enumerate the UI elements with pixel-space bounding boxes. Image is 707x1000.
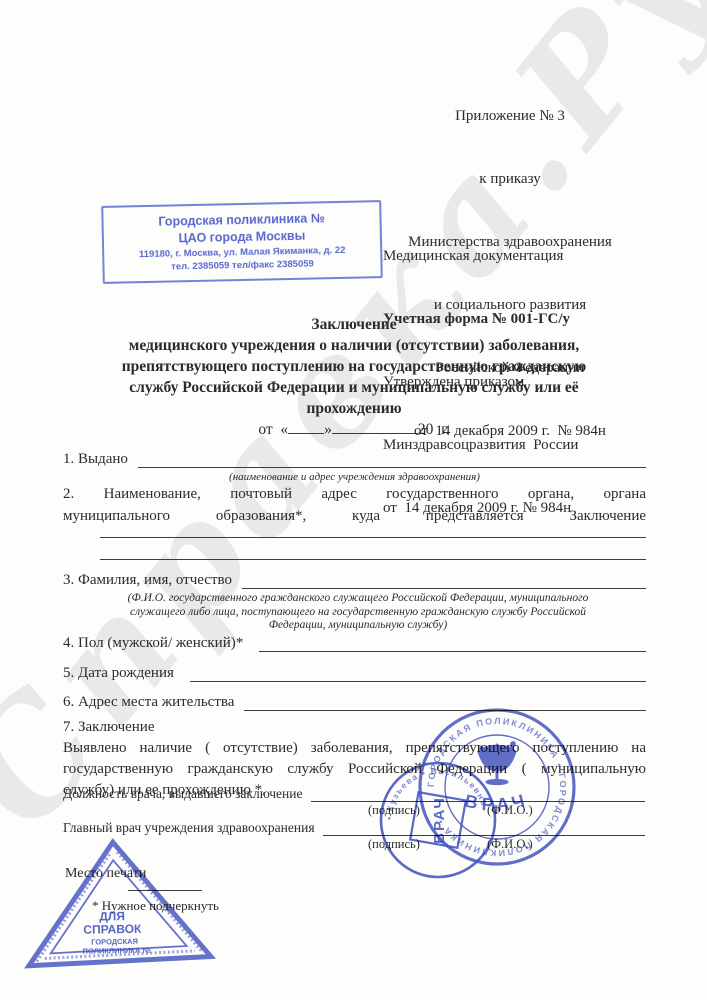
- document-title: Заключение медицинского учреждения о нал…: [60, 314, 648, 419]
- date-line: от «»20 г.: [60, 419, 648, 439]
- field-issued-by-label: 1. Выдано: [63, 451, 128, 468]
- title-line: медицинского учреждения о наличии (отсут…: [60, 335, 648, 356]
- bowl-of-hygieia-icon: [478, 742, 516, 785]
- title-line: препятствующего поступлению на государст…: [60, 356, 648, 377]
- date-month-blank: [332, 419, 418, 434]
- signature-head-doctor-label: Главный врач учреждения здравоохранения: [63, 820, 315, 836]
- field-address-label: 6. Адрес места жительства: [63, 694, 234, 711]
- field-full-name: 3. Фамилия, имя, отчество: [63, 571, 646, 589]
- field-conclusion-label: 7. Заключение: [63, 719, 155, 736]
- title-line: Заключение: [60, 314, 648, 335]
- date-suffix: 20 г.: [418, 421, 450, 438]
- field-sex: 4. Пол (мужской/ женский)*: [63, 634, 646, 652]
- field-full-name-hint: (Ф.И.О. государственного гражданского сл…: [78, 592, 638, 633]
- round-doctor-stamps: ГОРОДСКАЯ ПОЛИКЛИНИКА • ГОРОДСКАЯ ПОЛИКЛ…: [372, 700, 612, 890]
- hint-line: Федерации, муниципальную службу): [78, 619, 638, 633]
- clinic-rect-stamp: Городская поликлиника № ЦАО города Москв…: [101, 200, 383, 284]
- field-issued-by-blank: [138, 450, 646, 468]
- title-line: службу Российской Федерации и муниципаль…: [60, 377, 648, 398]
- field-org-blank-line2: [100, 559, 646, 560]
- field-org-name-line2: муниципального образования*, куда предст…: [63, 508, 646, 525]
- field-birthdate: 5. Дата рождения: [63, 664, 646, 682]
- field-issued-by-hint: (наименование и адрес учреждения здравоо…: [63, 471, 646, 485]
- date-prefix: от «: [258, 421, 288, 438]
- field-org-blank-line1: [100, 537, 646, 538]
- triangle-stamp-line4: ПОЛИКЛИНИКА №: [83, 946, 151, 956]
- field-birthdate-label: 5. Дата рождения: [63, 665, 174, 682]
- scanned-medical-form: Справка.Ру Приложение № 3 к приказу Мини…: [0, 0, 707, 1000]
- doc-info-line: Медицинская документация: [383, 246, 693, 267]
- field-full-name-label: 3. Фамилия, имя, отчество: [63, 572, 232, 589]
- title-line: прохождению: [60, 398, 648, 419]
- round-stamp-small-center-text: ВРАЧ: [431, 796, 448, 844]
- triangle-stamp-line2: СПРАВОК: [83, 922, 142, 937]
- hint-line: служащего либо лица, поступающего на гос…: [78, 606, 638, 620]
- hint-line: (Ф.И.О. государственного гражданского сл…: [78, 592, 638, 606]
- triangle-stamp: ДЛЯ СПРАВОК ГОРОДСКАЯ ПОЛИКЛИНИКА №: [21, 836, 233, 985]
- field-org-name-line1: 2. Наименование, почтовый адрес государс…: [63, 486, 646, 503]
- field-sex-label: 4. Пол (мужской/ женский)*: [63, 635, 243, 652]
- field-full-name-blank: [242, 571, 646, 589]
- appendix-line: к приказу: [345, 169, 675, 190]
- field-issued-by: 1. Выдано: [63, 450, 646, 468]
- field-birthdate-blank: [190, 664, 646, 682]
- date-day-blank: [288, 419, 324, 434]
- field-sex-blank: [259, 634, 646, 652]
- signature-doctor-label: Должность врача, выдавшего заключение: [63, 786, 303, 802]
- appendix-line: Приложение № 3: [345, 106, 675, 127]
- round-stamp-small: • Кузьева • Васильевна ВРАЧ: [381, 763, 495, 877]
- date-quote: »: [324, 421, 332, 438]
